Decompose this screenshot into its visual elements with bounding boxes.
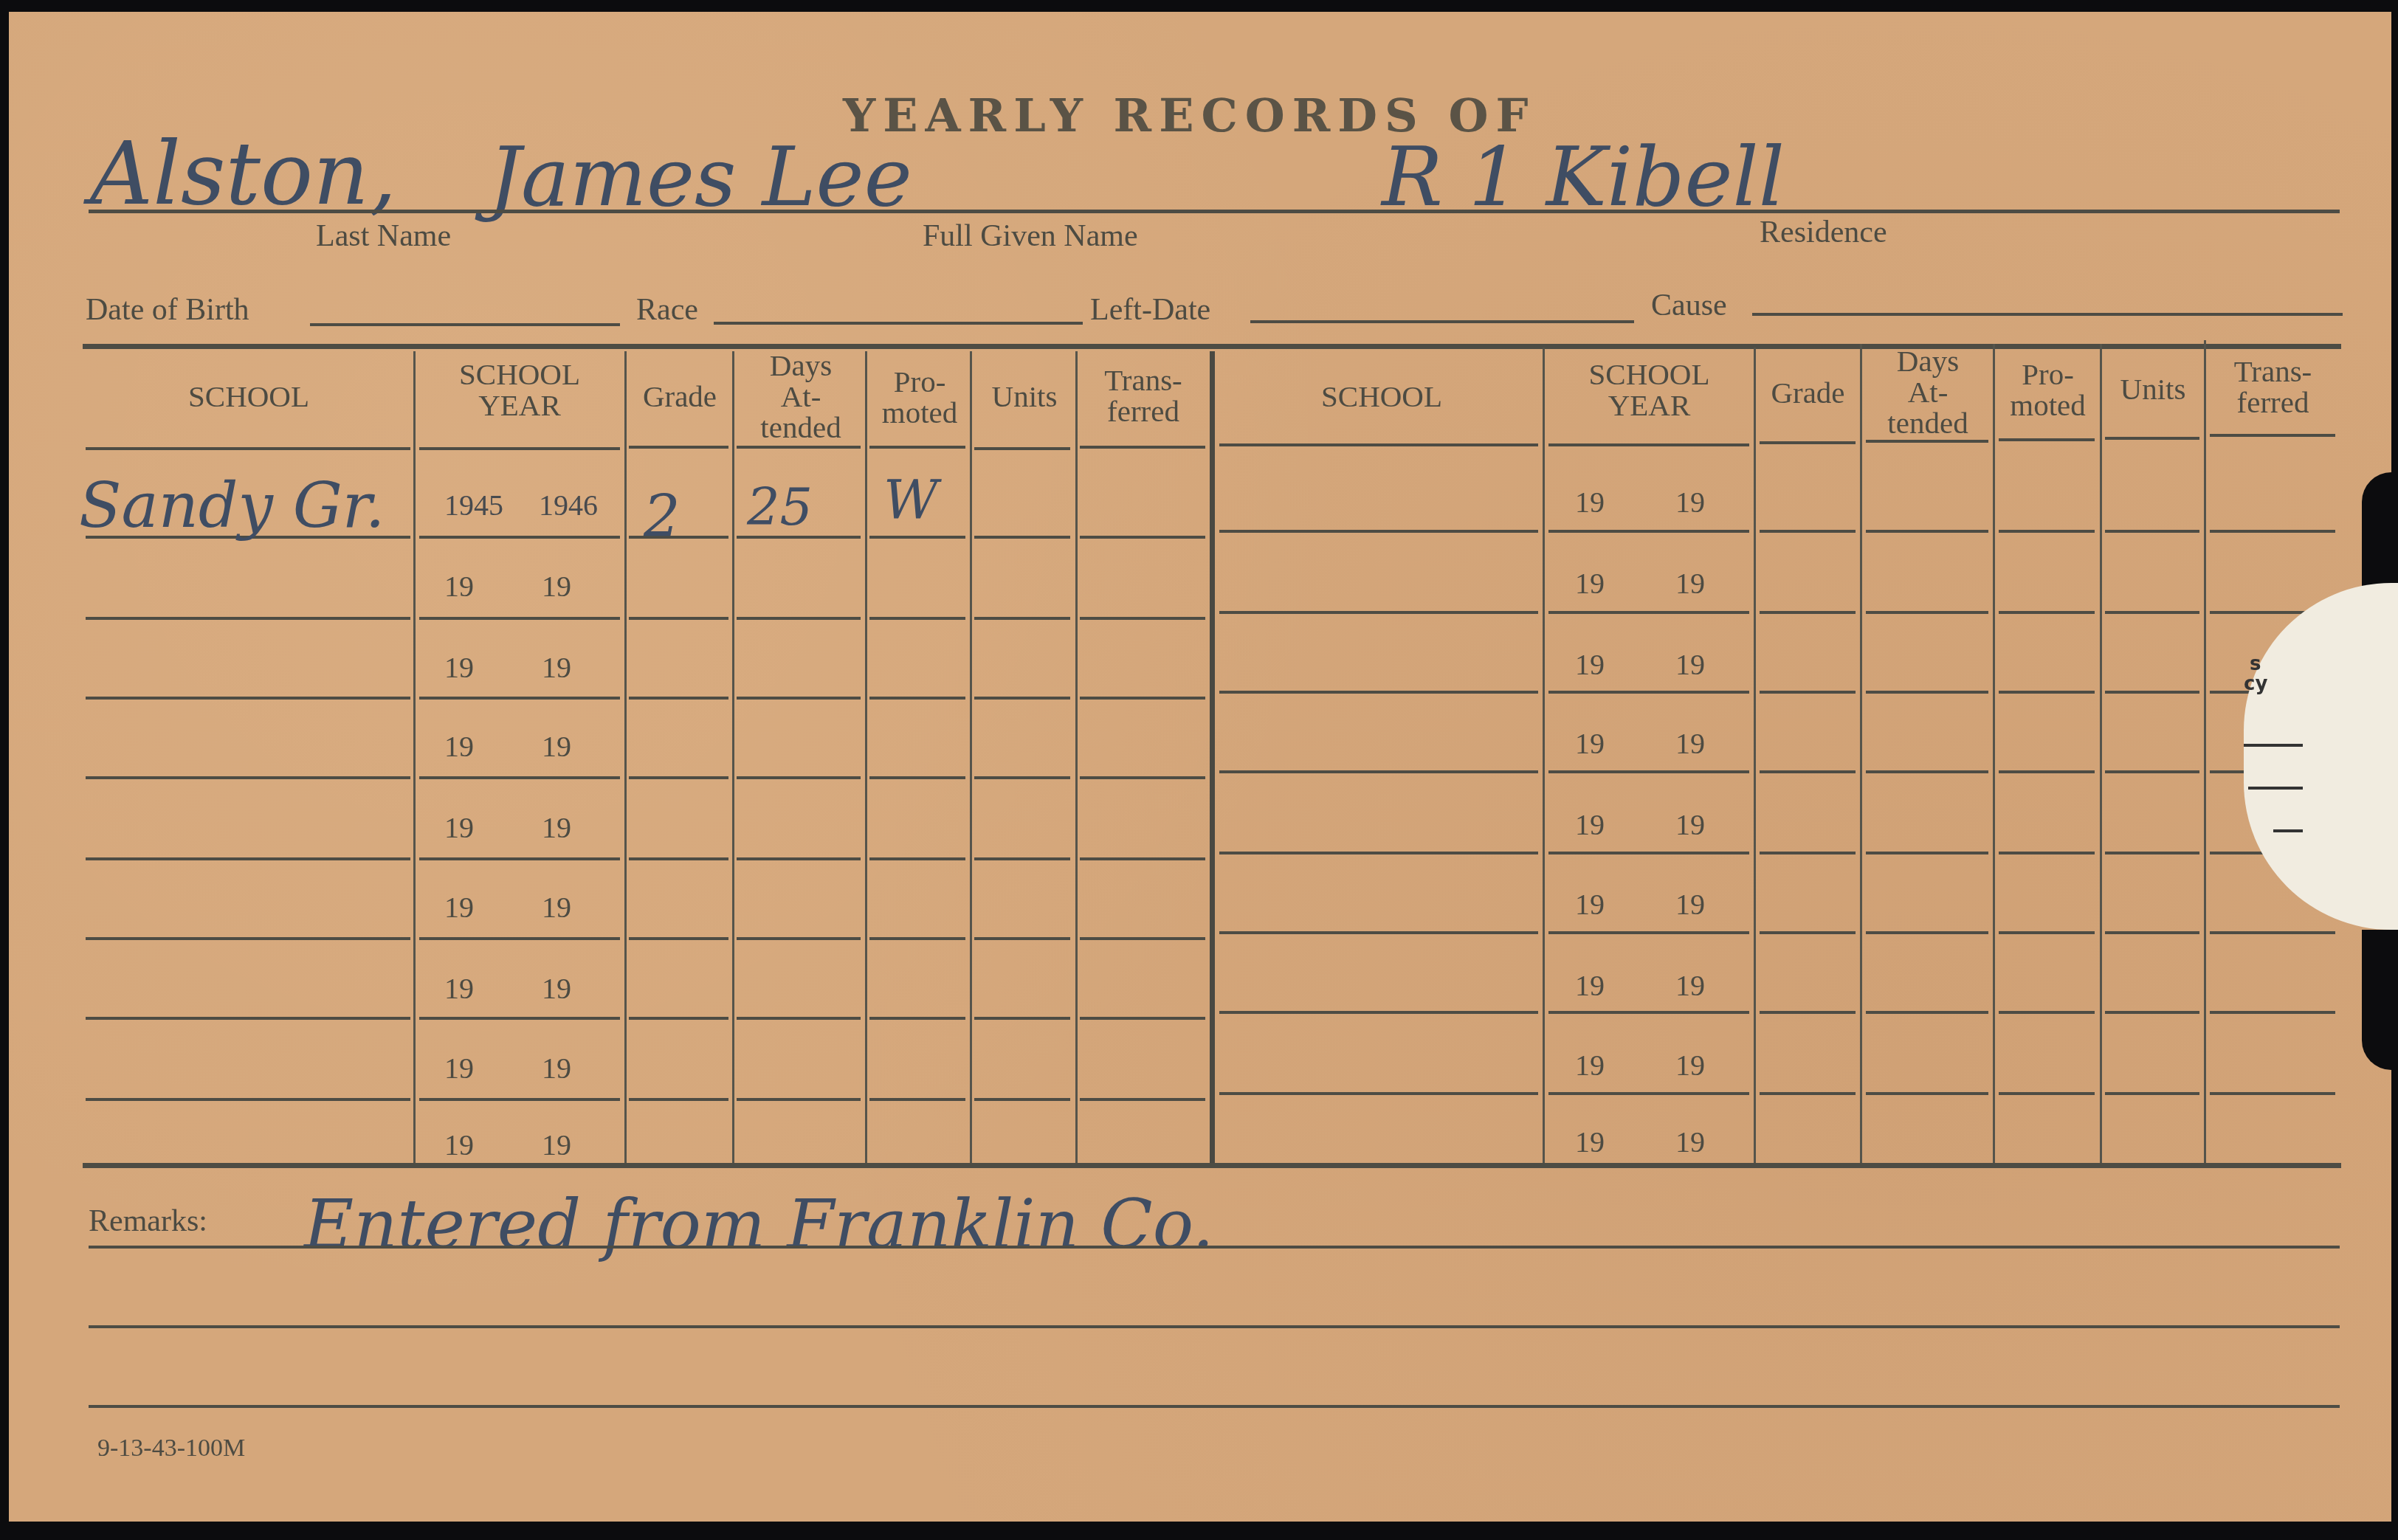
year-end[interactable]: 19 xyxy=(542,569,571,604)
header-line: tended xyxy=(734,412,867,443)
header-school-year-left: SCHOOL YEAR xyxy=(413,359,626,421)
col-divider xyxy=(1993,344,1995,1163)
row-line xyxy=(1080,617,1205,620)
row-line xyxy=(737,937,861,940)
year-end[interactable]: 19 xyxy=(542,729,571,764)
header-line: moted xyxy=(867,397,972,428)
row-line xyxy=(2210,931,2335,934)
header-line: YEAR xyxy=(413,390,626,421)
row-line xyxy=(869,857,965,860)
remarks-label: Remarks: xyxy=(89,1204,207,1239)
row-line xyxy=(1999,530,2095,533)
col-divider xyxy=(413,351,416,1163)
row-line xyxy=(869,776,965,779)
remarks-value: Entered from Franklin Co. xyxy=(304,1185,1214,1264)
year-start[interactable]: 19 xyxy=(1575,807,1605,842)
row-line xyxy=(1219,443,1538,446)
col-divider xyxy=(865,351,867,1163)
row-line xyxy=(1760,852,1856,854)
row-line xyxy=(869,1017,965,1020)
row-line xyxy=(1866,1092,1988,1095)
row1-promoted: W xyxy=(883,469,938,531)
header-school-right: SCHOOL xyxy=(1219,381,1544,412)
year-start[interactable]: 19 xyxy=(444,1051,474,1085)
row-line xyxy=(1080,446,1205,449)
row-line xyxy=(1760,441,1856,444)
row-line xyxy=(2105,691,2199,694)
left-date-field[interactable] xyxy=(1250,320,1634,323)
row-line xyxy=(1999,1092,2095,1095)
row-line xyxy=(1548,691,1749,694)
row-line xyxy=(1548,770,1749,773)
year-end[interactable]: 19 xyxy=(542,810,571,845)
date-of-birth-label: Date of Birth xyxy=(86,292,249,328)
card-edge-notch xyxy=(2362,930,2398,1070)
row-line xyxy=(1999,438,2095,441)
year-end[interactable]: 1946 xyxy=(539,488,598,522)
row-line xyxy=(2105,611,2199,614)
row-line xyxy=(1548,611,1749,614)
header-line: Days xyxy=(734,350,867,381)
year-start[interactable]: 19 xyxy=(444,650,474,685)
col-divider xyxy=(1754,348,1756,1163)
remarks-line-2[interactable] xyxy=(89,1325,2340,1328)
row-line xyxy=(974,857,1070,860)
row-line xyxy=(629,937,728,940)
row-line xyxy=(1866,611,1988,614)
row-line xyxy=(1866,931,1988,934)
header-days-attended-left: Days At- tended xyxy=(734,350,867,443)
year-start[interactable]: 19 xyxy=(444,569,474,604)
cutout-line xyxy=(2273,829,2303,832)
row-line xyxy=(86,857,410,860)
row-line xyxy=(1080,937,1205,940)
row-line xyxy=(869,617,965,620)
row-line xyxy=(869,697,965,700)
row-line xyxy=(1999,611,2095,614)
row-line xyxy=(629,446,728,449)
row-line xyxy=(1760,931,1856,934)
header-line: At- xyxy=(1861,376,1994,407)
row-line xyxy=(1999,1011,2095,1014)
row-line xyxy=(419,937,620,940)
cause-label: Cause xyxy=(1651,288,1727,323)
race-field[interactable] xyxy=(714,322,1083,325)
year-start[interactable]: 19 xyxy=(1575,1048,1605,1083)
col-divider xyxy=(732,351,734,1163)
center-divider xyxy=(1210,351,1215,1163)
residence-label: Residence xyxy=(1760,215,1887,250)
row1-grade: 2 xyxy=(644,484,681,550)
race-label: Race xyxy=(636,292,698,328)
year-start[interactable]: 19 xyxy=(1575,887,1605,922)
row-line xyxy=(1219,530,1538,533)
row-line xyxy=(419,1017,620,1020)
row-line xyxy=(1219,611,1538,614)
row-line xyxy=(737,697,861,700)
table-top-rule xyxy=(83,344,2341,349)
row-line xyxy=(974,617,1070,620)
row-line xyxy=(86,447,410,450)
row-line xyxy=(1866,852,1988,854)
header-school-year-right: SCHOOL YEAR xyxy=(1544,359,1754,421)
year-end[interactable]: 19 xyxy=(1675,1048,1705,1083)
header-line: tended xyxy=(1861,407,1994,438)
row-line xyxy=(1760,770,1856,773)
card-edge-notch xyxy=(2362,472,2398,587)
row-line xyxy=(1548,530,1749,533)
row-line xyxy=(1999,691,2095,694)
year-end[interactable]: 19 xyxy=(1675,968,1705,1003)
col-divider xyxy=(2204,340,2206,1163)
row-line xyxy=(2210,1092,2335,1095)
year-end[interactable]: 19 xyxy=(542,890,571,925)
row-line xyxy=(1219,691,1538,694)
row-line xyxy=(1080,857,1205,860)
row-line xyxy=(1548,931,1749,934)
year-end[interactable]: 19 xyxy=(542,1051,571,1085)
name-underline xyxy=(89,210,2340,213)
form-number: 9-13-43-100M xyxy=(97,1434,245,1463)
col-divider xyxy=(624,351,627,1163)
row-line xyxy=(86,776,410,779)
row-line xyxy=(629,776,728,779)
cutout-line xyxy=(2244,744,2303,747)
row-line xyxy=(86,697,410,700)
col-divider xyxy=(970,351,972,1163)
row-line xyxy=(974,697,1070,700)
header-line: SCHOOL xyxy=(1544,359,1754,390)
row-line xyxy=(629,1017,728,1020)
row-line xyxy=(974,447,1070,450)
row-line xyxy=(2105,437,2199,440)
header-units-left: Units xyxy=(972,381,1077,412)
row-line xyxy=(419,617,620,620)
row-line xyxy=(1760,611,1856,614)
header-units-right: Units xyxy=(2101,373,2205,404)
row-line xyxy=(1548,1011,1749,1014)
header-line: ferred xyxy=(1077,396,1210,427)
year-end[interactable]: 19 xyxy=(542,650,571,685)
row1-days: 25 xyxy=(747,477,813,537)
row-line xyxy=(737,446,861,449)
row-line xyxy=(419,697,620,700)
row-line xyxy=(1080,1098,1205,1101)
year-end[interactable]: 19 xyxy=(1675,726,1705,761)
row-line xyxy=(737,857,861,860)
row-line xyxy=(869,1098,965,1101)
left-date-label: Left-Date xyxy=(1090,292,1210,328)
year-start[interactable]: 1945 xyxy=(444,488,503,522)
header-line: YEAR xyxy=(1544,390,1754,421)
row-line xyxy=(1548,852,1749,854)
col-divider xyxy=(1860,344,1862,1163)
header-school-left: SCHOOL xyxy=(83,381,415,412)
year-end[interactable]: 19 xyxy=(1675,887,1705,922)
row-line xyxy=(1219,1092,1538,1095)
row-line xyxy=(629,697,728,700)
year-start[interactable]: 19 xyxy=(444,971,474,1006)
row-line xyxy=(1999,931,2095,934)
row-line xyxy=(974,937,1070,940)
row-line xyxy=(974,1098,1070,1101)
remarks-line-3[interactable] xyxy=(89,1405,2340,1408)
row-line xyxy=(974,1017,1070,1020)
year-end[interactable]: 19 xyxy=(542,1128,571,1162)
row-line xyxy=(1548,443,1749,446)
row-line xyxy=(974,776,1070,779)
row-line xyxy=(2105,530,2199,533)
row-line xyxy=(419,447,620,450)
row-line xyxy=(1080,536,1205,539)
year-end[interactable]: 19 xyxy=(1675,485,1705,519)
year-start[interactable]: 19 xyxy=(1575,485,1605,519)
row-line xyxy=(2210,434,2335,437)
table-bottom-rule xyxy=(83,1163,2341,1168)
year-end[interactable]: 19 xyxy=(1675,807,1705,842)
row-line xyxy=(737,617,861,620)
row-line xyxy=(86,1098,410,1101)
col-divider xyxy=(2100,344,2102,1163)
header-line: SCHOOL xyxy=(413,359,626,390)
header-transferred-left: Trans- ferred xyxy=(1077,365,1210,427)
header-transferred-right: Trans- ferred xyxy=(2205,356,2341,418)
year-start[interactable]: 19 xyxy=(1575,968,1605,1003)
year-end[interactable]: 19 xyxy=(542,971,571,1006)
header-days-attended-right: Days At- tended xyxy=(1861,345,1994,438)
row-line xyxy=(1866,530,1988,533)
row-line xyxy=(869,536,965,539)
row-line xyxy=(1866,440,1988,443)
row-line xyxy=(2105,770,2199,773)
full-given-name-label: Full Given Name xyxy=(923,218,1138,254)
row-line xyxy=(1999,852,2095,854)
row-line xyxy=(1866,770,1988,773)
row-line xyxy=(2105,852,2199,854)
header-line: Days xyxy=(1861,345,1994,376)
row-line xyxy=(86,617,410,620)
row-line xyxy=(2210,530,2335,533)
row-line xyxy=(629,857,728,860)
cause-field[interactable] xyxy=(1752,313,2343,316)
row-line xyxy=(869,937,965,940)
row-line xyxy=(86,937,410,940)
row-line xyxy=(1080,697,1205,700)
row-line xyxy=(2105,931,2199,934)
row-line xyxy=(1760,691,1856,694)
remarks-line-1[interactable] xyxy=(89,1246,2340,1249)
row-line xyxy=(1219,852,1538,854)
row-line xyxy=(1999,770,2095,773)
row-line xyxy=(1080,776,1205,779)
header-promoted-left: Pro- moted xyxy=(867,366,972,428)
row-line xyxy=(974,536,1070,539)
row-line xyxy=(1760,1092,1856,1095)
row-line xyxy=(1548,1092,1749,1095)
row-line xyxy=(629,617,728,620)
header-line: At- xyxy=(734,381,867,412)
col-divider xyxy=(1543,348,1545,1163)
header-grade-right: Grade xyxy=(1754,377,1861,408)
row-line xyxy=(1760,1011,1856,1014)
cutout-text: s xyxy=(2250,653,2261,675)
header-line: moted xyxy=(1994,390,2101,421)
row-line xyxy=(1080,1017,1205,1020)
row-line xyxy=(2210,1011,2335,1014)
date-of-birth-field[interactable] xyxy=(310,323,620,326)
row-line xyxy=(1219,770,1538,773)
row-line xyxy=(2105,1011,2199,1014)
year-end[interactable]: 19 xyxy=(1675,1125,1705,1159)
year-start[interactable]: 19 xyxy=(444,1128,474,1162)
year-start[interactable]: 19 xyxy=(1575,1125,1605,1159)
row-line xyxy=(1219,931,1538,934)
row-line xyxy=(1866,691,1988,694)
year-end[interactable]: 19 xyxy=(1675,566,1705,601)
row-line xyxy=(1760,530,1856,533)
header-line: Pro- xyxy=(867,366,972,397)
row-line xyxy=(419,536,620,539)
row-line xyxy=(629,1098,728,1101)
year-start[interactable]: 19 xyxy=(1575,566,1605,601)
year-start[interactable]: 19 xyxy=(444,810,474,845)
header-line: Pro- xyxy=(1994,359,2101,390)
row-line xyxy=(419,857,620,860)
header-line: Trans- xyxy=(2205,356,2341,387)
header-line: Trans- xyxy=(1077,365,1210,396)
header-line: ferred xyxy=(2205,387,2341,418)
row1-school: Sandy Gr. xyxy=(79,469,385,542)
row-line xyxy=(869,446,965,449)
row-line xyxy=(2105,1092,2199,1095)
row-line xyxy=(86,1017,410,1020)
cutout-line xyxy=(2248,787,2303,790)
row-line xyxy=(737,776,861,779)
col-divider xyxy=(1075,351,1078,1163)
cutout-text: cy xyxy=(2244,673,2267,695)
year-start[interactable]: 19 xyxy=(1575,647,1605,682)
year-start[interactable]: 19 xyxy=(444,729,474,764)
row-line xyxy=(737,1017,861,1020)
row-line xyxy=(1866,1011,1988,1014)
row-line xyxy=(1219,1011,1538,1014)
row-line xyxy=(737,1098,861,1101)
year-end[interactable]: 19 xyxy=(1675,647,1705,682)
record-card: YEARLY RECORDS OF Alston, James Lee R 1 … xyxy=(9,12,2391,1522)
row-line xyxy=(419,776,620,779)
year-start[interactable]: 19 xyxy=(444,890,474,925)
header-grade-left: Grade xyxy=(625,381,734,412)
last-name-label: Last Name xyxy=(316,218,451,254)
header-promoted-right: Pro- moted xyxy=(1994,359,2101,421)
year-start[interactable]: 19 xyxy=(1575,726,1605,761)
row-line xyxy=(419,1098,620,1101)
